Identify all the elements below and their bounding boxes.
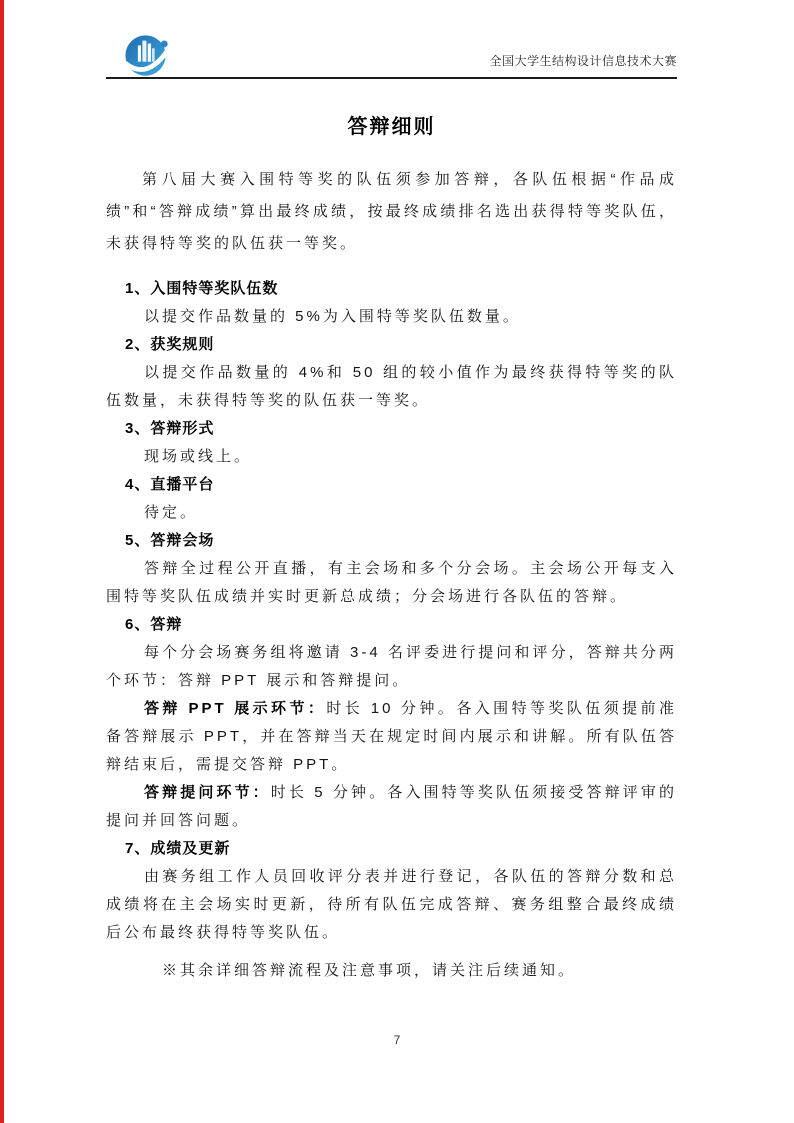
document-body: 答辩细则 第八届大赛入围特等奖的队伍须参加答辩，各队伍根据“作品成绩”和“答辩成… bbox=[106, 78, 677, 985]
list-item: 3、答辩形式 现场或线上。 bbox=[106, 415, 677, 471]
item-paragraph-text: 待定。 bbox=[144, 504, 198, 521]
item-paragraph: 待定。 bbox=[106, 499, 677, 527]
item-paragraph-text: 以提交作品数量的 4%和 50 组的较小值作为最终获得特等奖的队伍数量，未获得特… bbox=[106, 364, 677, 409]
item-paragraph-text: 每个分会场赛务组将邀请 3-4 名评委进行提问和评分，答辩共分两个环节：答辩 P… bbox=[106, 644, 677, 689]
item-heading: 获奖规则 bbox=[150, 336, 214, 353]
item-paragraph: 每个分会场赛务组将邀请 3-4 名评委进行提问和评分，答辩共分两个环节：答辩 P… bbox=[106, 639, 677, 695]
item-heading: 答辩 bbox=[150, 616, 182, 633]
header-brand: 全国大学生结构设计信息技术大赛 bbox=[489, 53, 677, 69]
item-heading: 答辩形式 bbox=[150, 420, 214, 437]
item-paragraph-text: 现场或线上。 bbox=[144, 448, 252, 465]
item-paragraph-text: 答辩全过程公开直播，有主会场和多个分会场。主会场公开每支入围特等奖队伍成绩并实时… bbox=[106, 560, 677, 605]
item-heading-row: 6、答辩 bbox=[106, 611, 677, 639]
item-paragraph-text: 由赛务组工作人员回收评分表并进行登记，各队伍的答辩分数和总成绩将在主会场实时更新… bbox=[106, 868, 677, 941]
item-heading-row: 1、入围特等奖队伍数 bbox=[106, 275, 677, 303]
item-heading-row: 3、答辩形式 bbox=[106, 415, 677, 443]
item-paragraph: 以提交作品数量的 4%和 50 组的较小值作为最终获得特等奖的队伍数量，未获得特… bbox=[106, 359, 677, 415]
item-number: 4、 bbox=[125, 471, 150, 499]
competition-logo-icon bbox=[124, 32, 170, 78]
left-edge-accent-bar bbox=[0, 0, 4, 1123]
item-paragraph-lead: 答辩 PPT 展示环节： bbox=[144, 700, 326, 717]
list-item: 6、答辩 每个分会场赛务组将邀请 3-4 名评委进行提问和评分，答辩共分两个环节… bbox=[106, 611, 677, 835]
item-number: 1、 bbox=[125, 275, 150, 303]
item-heading: 入围特等奖队伍数 bbox=[150, 280, 278, 297]
page-number: 7 bbox=[0, 1032, 794, 1048]
item-paragraph: 答辩全过程公开直播，有主会场和多个分会场。主会场公开每支入围特等奖队伍成绩并实时… bbox=[106, 555, 677, 611]
item-paragraph: 答辩 PPT 展示环节：时长 10 分钟。各入围特等奖队伍须提前准备答辩展示 P… bbox=[106, 695, 677, 779]
item-number: 3、 bbox=[125, 415, 150, 443]
item-paragraph: 答辩提问环节：时长 5 分钟。各入围特等奖队伍须接受答辩评审的提问并回答问题。 bbox=[106, 779, 677, 835]
item-heading: 成绩及更新 bbox=[150, 840, 230, 857]
item-paragraph: 现场或线上。 bbox=[106, 443, 677, 471]
item-heading-row: 2、获奖规则 bbox=[106, 331, 677, 359]
item-number: 5、 bbox=[125, 527, 150, 555]
item-paragraph-text: 以提交作品数量的 5%为入围特等奖队伍数量。 bbox=[144, 308, 521, 325]
rules-list: 1、入围特等奖队伍数 以提交作品数量的 5%为入围特等奖队伍数量。 2、获奖规则… bbox=[106, 275, 677, 947]
list-item: 5、答辩会场 答辩全过程公开直播，有主会场和多个分会场。主会场公开每支入围特等奖… bbox=[106, 527, 677, 611]
item-number: 6、 bbox=[125, 611, 150, 639]
item-heading-row: 4、直播平台 bbox=[106, 471, 677, 499]
intro-paragraph: 第八届大赛入围特等奖的队伍须参加答辩，各队伍根据“作品成绩”和“答辩成绩”算出最… bbox=[106, 164, 677, 260]
list-item: 2、获奖规则 以提交作品数量的 4%和 50 组的较小值作为最终获得特等奖的队伍… bbox=[106, 331, 677, 415]
list-item: 1、入围特等奖队伍数 以提交作品数量的 5%为入围特等奖队伍数量。 bbox=[106, 275, 677, 331]
item-paragraph: 以提交作品数量的 5%为入围特等奖队伍数量。 bbox=[106, 303, 677, 331]
list-item: 7、成绩及更新 由赛务组工作人员回收评分表并进行登记，各队伍的答辩分数和总成绩将… bbox=[106, 835, 677, 947]
list-item: 4、直播平台 待定。 bbox=[106, 471, 677, 527]
closing-note: ※其余详细答辩流程及注意事项，请关注后续通知。 bbox=[106, 957, 677, 985]
item-paragraph-lead: 答辩提问环节： bbox=[144, 784, 271, 801]
item-number: 2、 bbox=[125, 331, 150, 359]
item-heading: 答辩会场 bbox=[150, 532, 214, 549]
document-page: 全国大学生结构设计信息技术大赛 答辩细则 第八届大赛入围特等奖的队伍须参加答辩，… bbox=[0, 0, 794, 1123]
item-heading-row: 5、答辩会场 bbox=[106, 527, 677, 555]
item-number: 7、 bbox=[125, 835, 150, 863]
document-title: 答辩细则 bbox=[106, 112, 677, 142]
item-paragraph: 由赛务组工作人员回收评分表并进行登记，各队伍的答辩分数和总成绩将在主会场实时更新… bbox=[106, 863, 677, 947]
item-heading: 直播平台 bbox=[150, 476, 214, 493]
item-heading-row: 7、成绩及更新 bbox=[106, 835, 677, 863]
